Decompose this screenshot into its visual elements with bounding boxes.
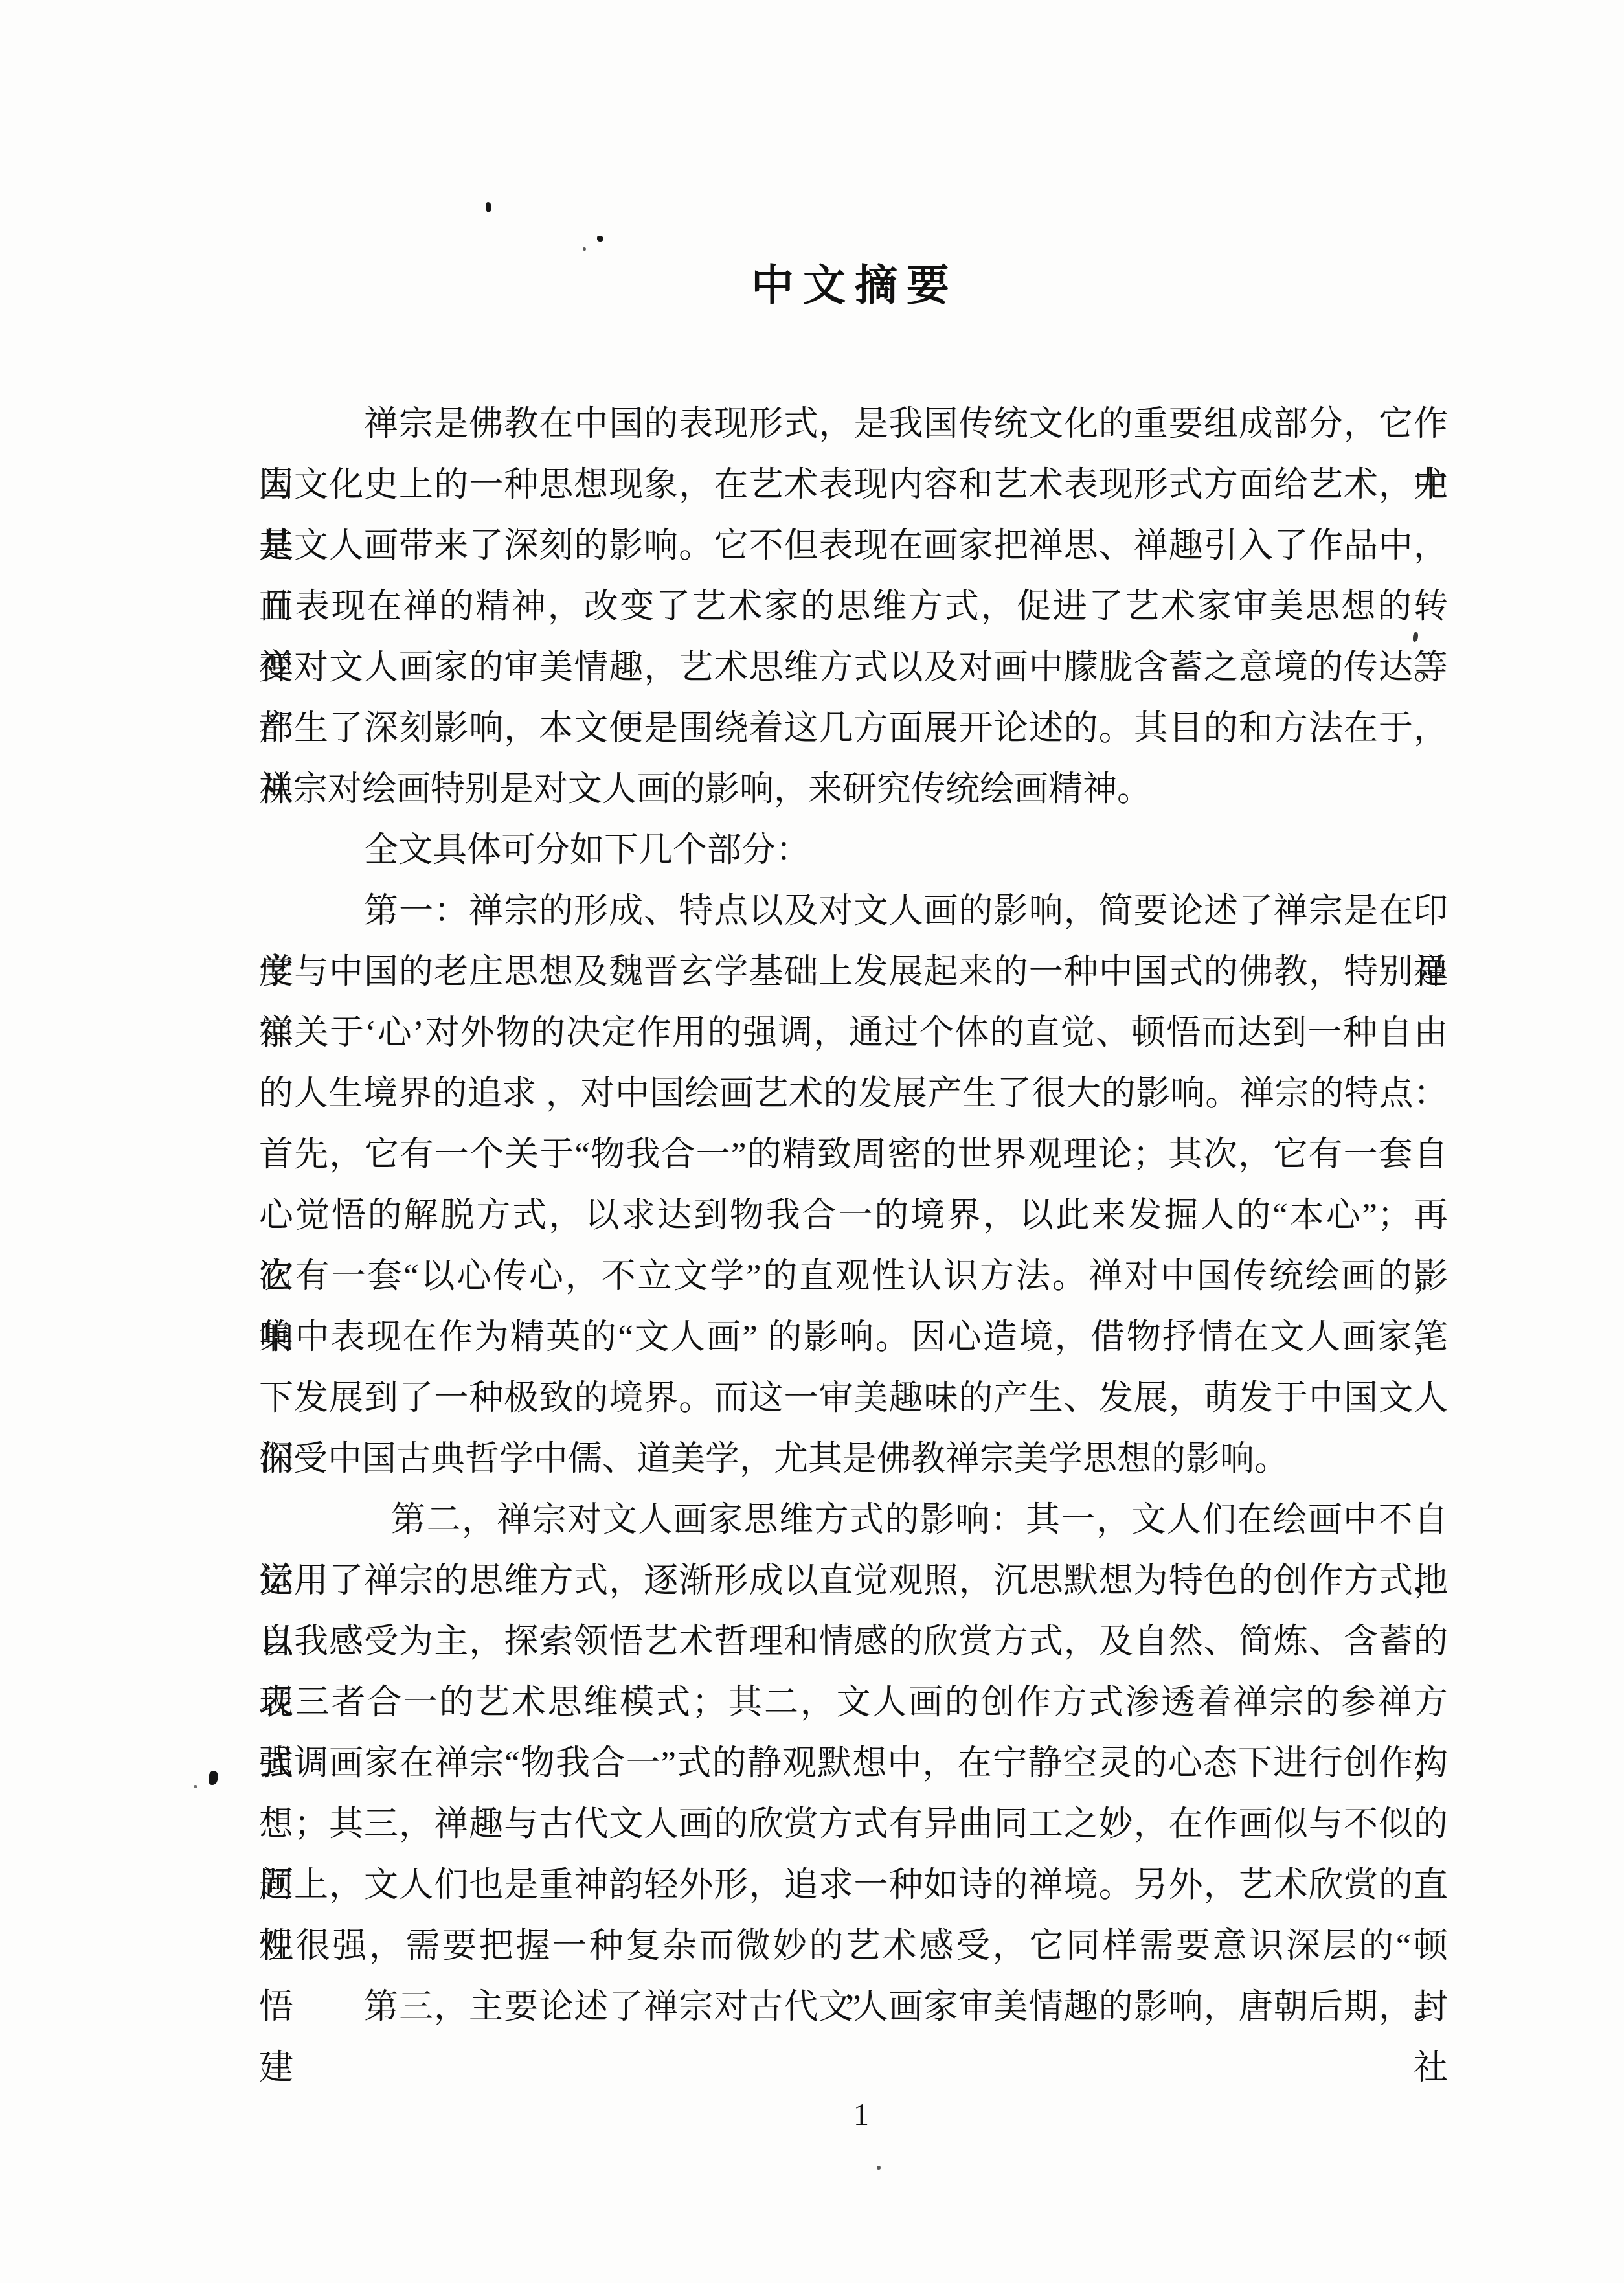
body-line: 题上，文人们也是重神韵轻外形，追求一种如诗的禅境。另外，艺术欣赏的直观 [259,1855,1448,1916]
scan-speck [209,1771,218,1785]
body-line: 自我感受为主，探索领悟艺术哲理和情感的欣赏方式，及自然、简炼、含蓄的表 [259,1611,1448,1672]
body-line: 运用了禅宗的思维方式，逐渐形成以直觉观照，沉思默想为特色的创作方式，以 [259,1550,1448,1611]
body-line: 集中表现在作为精英的“文人画” 的影响。因心造境，借物抒情在文人画家笔 [259,1307,1448,1368]
scan-speck [486,202,491,212]
body-line: 它有一套“以心传心，不立文学”的直观性认识方法。禅对中国传统绘画的影响， [259,1246,1448,1307]
body-line: 下发展到了一种极致的境界。而这一审美趣味的产生、发展，萌发于中国文人们 [259,1368,1448,1429]
body-line: 第一：禅宗的形成、特点以及对文人画的影响，简要论述了禅宗是在印度禅 [259,881,1448,942]
body-line: 禅对文人画家的审美情趣，艺术思维方式以及对画中朦胧含蓄之意境的传达等都 [259,637,1448,698]
abstract-body: 禅宗是佛教在中国的表现形式，是我国传统文化的重要组成部分，它作为中 国文化史上的… [259,394,1448,2038]
page-title: 中文摘要 [259,260,1450,312]
scan-speck [583,247,586,251]
body-line: 国文化史上的一种思想现象，在艺术表现内容和艺术表现形式方面给艺术，尤其 [259,455,1448,516]
body-line: 强调画家在禅宗“物我合一”式的静观默想中，在宁静空灵的心态下进行创作构 [259,1733,1448,1794]
scan-speck [194,1785,197,1788]
body-line: 性很强，需要把握一种复杂而微妙的艺术感受，它同样需要意识深层的“顿悟”。 [259,1916,1448,1977]
body-line: 深受中国古典哲学中儒、道美学，尤其是佛教禅宗美学思想的影响。 [259,1429,1448,1490]
body-line: 且表现在禅的精神，改变了艺术家的思维方式，促进了艺术家审美思想的转变。 [259,576,1448,637]
body-line: 产生了深刻影响，本文便是围绕着这几方面展开论述的。其目的和方法在于，从 [259,698,1448,759]
scanned-abstract-page: 中文摘要 禅宗是佛教在中国的表现形式，是我国传统文化的重要组成部分，它作为中 国… [0,0,1624,2283]
body-line: 禅宗对绘画特别是对文人画的影响，来研究传统绘画精神。 [259,759,1448,820]
body-line: 学与中国的老庄思想及魏晋玄学基础上发展起来的一种中国式的佛教，特别是禅 [259,942,1448,1003]
body-line: 第二，禅宗对文人画家思维方式的影响：其一，文人们在绘画中不自觉地 [259,1490,1448,1550]
body-line: 现三者合一的艺术思维模式；其二，文人画的创作方式渗透着禅宗的参禅方式， [259,1672,1448,1733]
body-line: 想；其三，禅趣与古代文人画的欣赏方式有异曲同工之妙，在作画似与不似的问 [259,1794,1448,1855]
body-line: 第三，主要论述了禅宗对古代文人画家审美情趣的影响，唐朝后期，封建社 [259,1977,1448,2038]
body-line: 是文人画带来了深刻的影响。它不但表现在画家把禅思、禅趣引入了作品中，而 [259,516,1448,576]
body-line: 全文具体可分如下几个部分： [259,820,1448,881]
body-line: 禅宗是佛教在中国的表现形式，是我国传统文化的重要组成部分，它作为中 [259,394,1448,455]
body-line: 的人生境界的追求 ，对中国绘画艺术的发展产生了很大的影响。禅宗的特点： [259,1063,1448,1124]
body-line: 首先，它有一个关于“物我合一”的精致周密的世界观理论；其次，它有一套自 [259,1124,1448,1185]
body-line: 心觉悟的解脱方式，以求达到物我合一的境界，以此来发掘人的“本心”；再次， [259,1185,1448,1246]
scan-speck [597,236,603,242]
body-line: 宗关于‘心’对外物的决定作用的强调，通过个体的直觉、顿悟而达到一种自由 [259,1003,1448,1063]
page-number: 1 [842,2097,881,2133]
scan-speck [877,2166,881,2170]
